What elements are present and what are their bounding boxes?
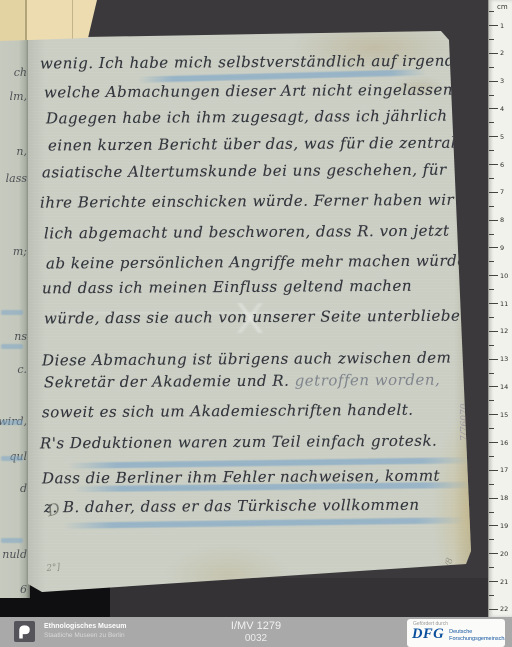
margin-text-fragment: nuld <box>2 548 27 561</box>
ruler-half-tick <box>489 595 494 596</box>
handwriting-line: Dagegen habe ich ihm zugesagt, dass ich … <box>46 107 448 128</box>
ruler-tick <box>489 553 498 554</box>
ruler-half-tick <box>489 95 494 96</box>
ruler-tick <box>489 136 498 137</box>
ruler-half-tick <box>489 567 494 568</box>
ruler-tick <box>489 331 498 332</box>
ruler-half-tick <box>489 11 494 12</box>
ruler-number: 8 <box>500 216 504 224</box>
faded-handwriting: getroffen worden, <box>295 371 441 390</box>
ruler-number: 20 <box>500 550 508 558</box>
handwriting-line: einen kurzen Bericht über das, was für d… <box>48 134 462 155</box>
handwriting-line: würde, dass sie auch von unserer Seite u… <box>44 306 476 327</box>
ruler-number: 2 <box>500 49 504 57</box>
ruler-half-tick <box>489 456 494 457</box>
ruler-half-tick <box>489 122 494 123</box>
ruler-half-tick <box>489 373 494 374</box>
ruler-unit-label: cm <box>497 3 508 11</box>
ruler-tick <box>489 192 498 193</box>
ruler-half-tick <box>489 261 494 262</box>
handwriting-line: soweit es sich um Akademieschriften hand… <box>42 401 414 422</box>
handwriting-line: z. B. daher, dass er das Türkische vollk… <box>44 496 420 517</box>
margin-blue-mark <box>1 538 23 543</box>
funding-organization: Deutsche Forschungsgemeinschaft <box>449 629 505 642</box>
ruler-tick <box>489 81 498 82</box>
ruler-number: 17 <box>500 466 508 474</box>
funding-org-line2: Forschungsgemeinschaft <box>449 636 505 642</box>
margin-blue-mark <box>1 344 23 349</box>
ruler-tick <box>489 53 498 54</box>
ruler-tick <box>489 303 498 304</box>
margin-text-fragment: ch <box>14 66 27 79</box>
ruler-number: 13 <box>500 355 508 363</box>
handwriting-line: Diese Abmachung ist übrigens auch zwisch… <box>42 349 451 370</box>
ruler-tick <box>489 525 498 526</box>
measurement-ruler: cm 12345678910111213141516171819202122 <box>488 0 512 617</box>
handwriting-line: welche Abmachungen dieser Art nicht eing… <box>44 81 458 102</box>
previous-page-edge <box>0 0 97 42</box>
ruler-number: 22 <box>500 605 508 613</box>
ruler-half-tick <box>489 150 494 151</box>
margin-blue-mark <box>1 456 23 461</box>
margin-text-fragment: d <box>20 482 27 495</box>
ruler-number: 3 <box>500 77 504 85</box>
ruler-tick <box>489 470 498 471</box>
funding-logo-row: DFG Deutsche Forschungsgemeinschaft <box>412 627 505 642</box>
funding-org-line1: Deutsche <box>449 629 472 635</box>
pencil-mark: 65/8 <box>440 557 456 579</box>
funding-logo-box: Gefördert durch DFG Deutsche Forschungsg… <box>407 619 505 647</box>
ruler-half-tick <box>489 39 494 40</box>
handwriting-line: R's Deduktionen waren zum Teil einfach g… <box>40 432 437 453</box>
ruler-tick <box>489 359 498 360</box>
ruler-half-tick <box>489 428 494 429</box>
ruler-tick <box>489 609 498 610</box>
archive-info-bar: Ethnologisches Museum Staatliche Museen … <box>0 617 512 647</box>
margin-text-fragment: lass <box>6 172 27 185</box>
ruler-number: 18 <box>500 494 508 502</box>
handwriting-line: lich abgemacht und beschworen, dass R. v… <box>44 222 450 243</box>
handwriting-line: ab keine persönlichen Angriffe mehr mach… <box>46 252 467 273</box>
ruler-number: 9 <box>500 244 504 252</box>
ruler-number: 16 <box>500 439 508 447</box>
ruler-half-tick <box>489 67 494 68</box>
pencil-mark: 2°] <box>46 563 61 574</box>
ruler-number: 7 <box>500 188 504 196</box>
ruler-number: 6 <box>500 161 504 169</box>
ruler-tick <box>489 414 498 415</box>
margin-blue-mark <box>1 420 23 425</box>
margin-text-fragment: lm, <box>10 90 27 103</box>
ruler-number: 1 <box>500 22 504 30</box>
ruler-number: 5 <box>500 133 504 141</box>
ruler-half-tick <box>489 539 494 540</box>
ruler-number: 11 <box>500 300 508 308</box>
ruler-tick <box>489 581 498 582</box>
margin-blue-mark <box>1 310 23 315</box>
ruler-tick <box>489 386 498 387</box>
ruler-tick <box>489 275 498 276</box>
letter-page: wenig. Ich habe mich selbstverständlich … <box>28 31 472 592</box>
ruler-tick <box>489 247 498 248</box>
ruler-half-tick <box>489 234 494 235</box>
ruler-tick <box>489 25 498 26</box>
handwriting-line: Dass die Berliner ihm Fehler nachweisen,… <box>42 467 440 488</box>
handwriting-line: asiatische Altertumskunde bei uns gesche… <box>42 161 447 182</box>
margin-text-fragment: m; <box>13 245 27 258</box>
margin-text-fragment: 6 <box>20 583 27 596</box>
ruler-tick <box>489 498 498 499</box>
ruler-number: 10 <box>500 272 508 280</box>
dfg-logo: DFG <box>412 627 444 642</box>
margin-text-fragment: n, <box>16 145 27 158</box>
ruler-tick <box>489 442 498 443</box>
blue-crayon-underline <box>64 517 464 529</box>
facing-page-edge: chlm,n,lassm;nsc.wird,quldnuld6 <box>0 0 30 598</box>
ruler-half-tick <box>489 345 494 346</box>
ruler-half-tick <box>489 512 494 513</box>
ruler-tick <box>489 220 498 221</box>
margin-text-fragment: ns <box>14 330 27 343</box>
ruler-tick <box>489 108 498 109</box>
ruler-number: 4 <box>500 105 504 113</box>
handwriting-line: ihre Berichte einschicken würde. Ferner … <box>40 190 503 211</box>
ruler-half-tick <box>489 484 494 485</box>
ruler-number: 19 <box>500 522 508 530</box>
handwriting-line: und dass ich meinen Einfluss geltend mac… <box>42 277 412 298</box>
ruler-number: 21 <box>500 578 508 586</box>
paper-fold-line <box>25 0 27 41</box>
handwriting-line: Sekretär der Akademie und R. getroffen w… <box>44 371 440 392</box>
ruler-tick <box>489 164 498 165</box>
ruler-half-tick <box>489 289 494 290</box>
digitized-letter-scan: chlm,n,lassm;nsc.wird,quldnuld6 wenig. I… <box>0 0 512 647</box>
ruler-number: 14 <box>500 383 508 391</box>
handwriting-line: wenig. Ich habe mich selbstverständlich … <box>40 52 461 73</box>
ruler-half-tick <box>489 206 494 207</box>
ruler-half-tick <box>489 400 494 401</box>
ruler-number: 15 <box>500 411 508 419</box>
paper-fold-line <box>72 0 73 39</box>
ruler-half-tick <box>489 178 494 179</box>
ruler-half-tick <box>489 317 494 318</box>
pencil-mark: 7/76070 <box>460 404 470 441</box>
margin-text-fragment: c. <box>17 363 27 376</box>
ruler-number: 12 <box>500 327 508 335</box>
